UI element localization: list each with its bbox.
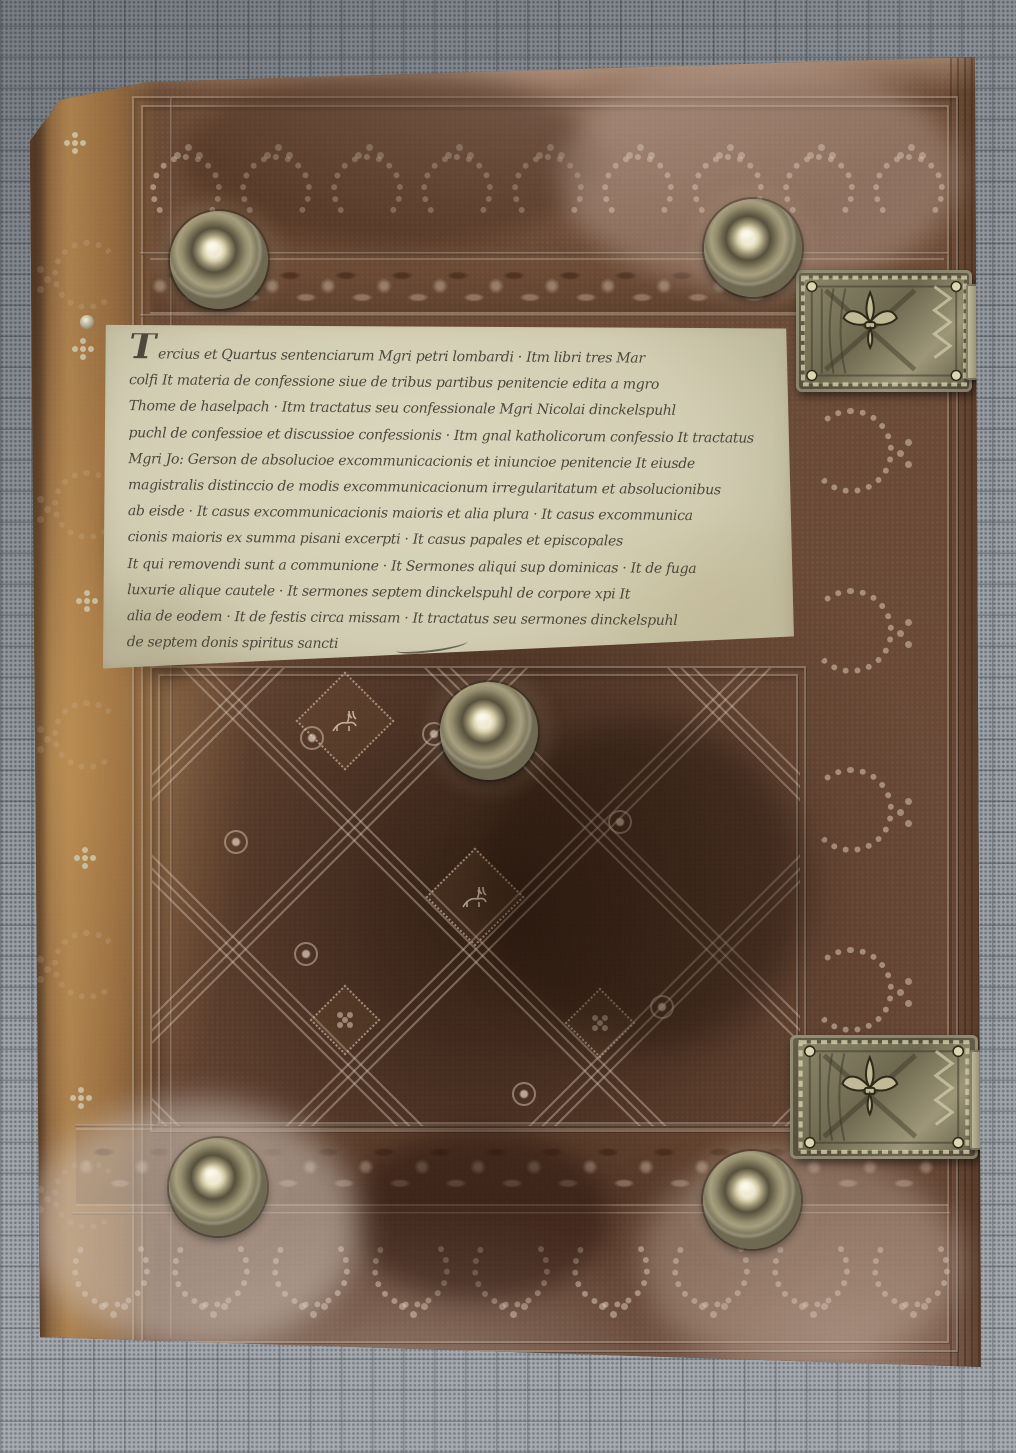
- tooled-arch: [52, 240, 122, 310]
- quatrefoil-nail: [82, 855, 88, 861]
- clasp-plate-lower: [790, 1035, 978, 1159]
- arch-border-right: [802, 408, 962, 1033]
- leather-dark-patch: [480, 720, 810, 1050]
- label-line: Tercius et Quartus sentenciarum Mgri pet…: [129, 333, 783, 373]
- fleur-de-lis-icon: [796, 270, 972, 392]
- tooled-arch: [52, 700, 122, 770]
- parchment-title-label: Tercius et Quartus sentenciarum Mgri pet…: [96, 316, 796, 672]
- tooled-arch: [808, 408, 894, 494]
- brass-boss-center: [440, 682, 538, 780]
- quatrefoil-nail: [80, 346, 86, 352]
- quatrefoil-nail: [72, 140, 78, 146]
- leather-dark-patch: [350, 1130, 610, 1300]
- brass-boss-top-right: [704, 199, 802, 297]
- quatrefoil-nail: [78, 1095, 84, 1101]
- quatrefoil-nail: [84, 598, 90, 604]
- tooled-arch: [52, 930, 122, 1000]
- tooled-arch: [808, 767, 894, 853]
- photo-scene: Tercius et Quartus sentenciarum Mgri pet…: [0, 0, 1016, 1453]
- brass-boss-bottom-right: [703, 1151, 801, 1249]
- metal-pin: [80, 315, 94, 329]
- leather-worn-patch: [640, 1150, 960, 1370]
- label-text-block: Tercius et Quartus sentenciarum Mgri pet…: [127, 333, 784, 661]
- clasp-plate-upper: [796, 270, 972, 392]
- book-cover: Tercius et Quartus sentenciarum Mgri pet…: [0, 0, 1016, 1453]
- tooled-arch: [808, 588, 894, 674]
- fleur-de-lis-icon: [790, 1035, 978, 1159]
- tooled-arch: [808, 947, 894, 1033]
- brass-boss-bottom-left: [169, 1138, 267, 1236]
- brass-boss-top-left: [170, 211, 268, 309]
